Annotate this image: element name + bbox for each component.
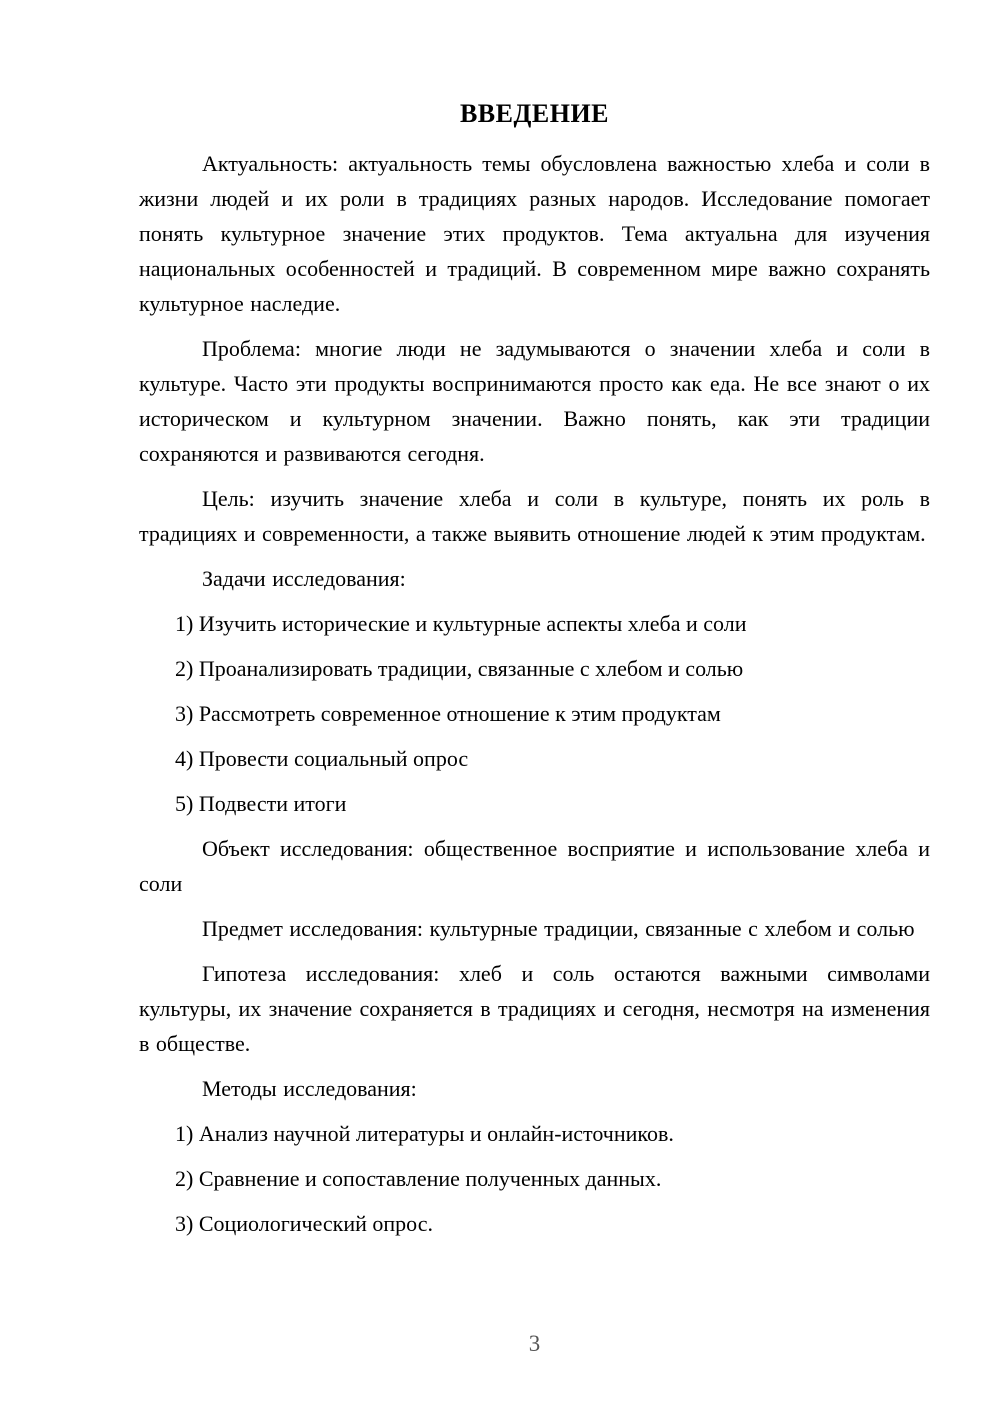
page-number: 3 <box>139 1329 930 1359</box>
method-item-3: 3) Социологический опрос. <box>139 1206 930 1241</box>
tasks-heading: Задачи исследования: <box>139 561 930 596</box>
method-item-2: 2) Сравнение и сопоставление полученных … <box>139 1161 930 1196</box>
methods-heading: Методы исследования: <box>139 1071 930 1106</box>
paragraph-problem: Проблема: многие люди не задумываются о … <box>139 331 930 471</box>
method-item-1: 1) Анализ научной литературы и онлайн-ис… <box>139 1116 930 1151</box>
paragraph-relevance: Актуальность: актуальность темы обусловл… <box>139 146 930 321</box>
task-item-4: 4) Провести социальный опрос <box>139 741 930 776</box>
paragraph-object: Объект исследования: общественное воспри… <box>139 831 930 901</box>
paragraph-subject: Предмет исследования: культурные традици… <box>139 911 930 946</box>
document-page: ВВЕДЕНИЕ Актуальность: актуальность темы… <box>0 0 1000 1414</box>
paragraph-goal: Цель: изучить значение хлеба и соли в ку… <box>139 481 930 551</box>
task-item-3: 3) Рассмотреть современное отношение к э… <box>139 696 930 731</box>
paragraph-hypothesis: Гипотеза исследования: хлеб и соль остаю… <box>139 956 930 1061</box>
page-title: ВВЕДЕНИЕ <box>139 96 930 131</box>
task-item-2: 2) Проанализировать традиции, связанные … <box>139 651 930 686</box>
task-item-5: 5) Подвести итоги <box>139 786 930 821</box>
task-item-1: 1) Изучить исторические и культурные асп… <box>139 606 930 641</box>
